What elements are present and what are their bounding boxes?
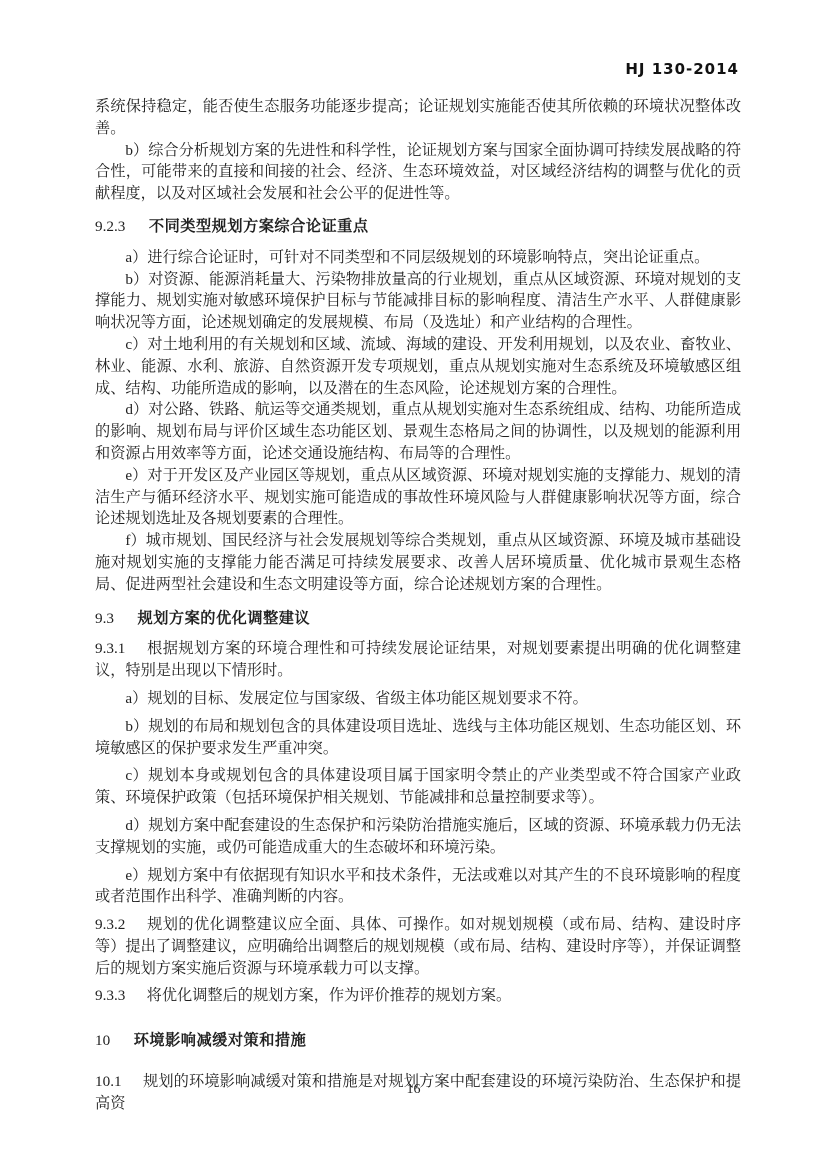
section-number: 10 xyxy=(95,1032,110,1049)
clause-number: 9.3.3 xyxy=(95,987,125,1004)
clause-9-3-3: 9.3.3将优化调整后的规划方案，作为评价推荐的规划方案。 xyxy=(95,985,741,1007)
clause-number: 9.3.2 xyxy=(95,916,125,933)
clause-9-3-2: 9.3.2规划的优化调整建议应全面、具体、可操作。如对规划规模（或布局、结构、建… xyxy=(95,914,741,979)
section-heading-9-3: 9.3规划方案的优化调整建议 xyxy=(95,608,741,630)
list-item-a: a）进行综合论证时，可针对不同类型和不同层级规划的环境影响特点，突出论证重点。 xyxy=(95,247,741,269)
clause-number: 9.3.1 xyxy=(95,640,125,657)
clause-9-3-1: 9.3.1根据规划方案的环境合理性和可持续发展论证结果，对规划要素提出明确的优化… xyxy=(95,638,741,682)
body-text: 系统保持稳定，能否使生态服务功能逐步提高；论证规划实施能否使其所依赖的环境状况整… xyxy=(95,96,741,1115)
list-item-b: b）规划的布局和规划包含的具体建设项目选址、选线与主体功能区规划、生态功能区划、… xyxy=(95,716,741,760)
clause-text: 将优化调整后的规划方案，作为评价推荐的规划方案。 xyxy=(147,987,512,1004)
paragraph-continuation: 系统保持稳定，能否使生态服务功能逐步提高；论证规划实施能否使其所依赖的环境状况整… xyxy=(95,96,741,140)
list-item-d: d）对公路、铁路、航运等交通类规划，重点从规划实施对生态系统组成、结构、功能所造… xyxy=(95,399,741,464)
section-title: 不同类型规划方案综合论证重点 xyxy=(149,217,369,235)
section-heading-9-2-3: 9.2.3不同类型规划方案综合论证重点 xyxy=(95,216,741,238)
list-item-d: d）规划方案中配套建设的生态保护和污染防治措施实施后，区域的资源、环境承载力仍无… xyxy=(95,815,741,859)
document-page: HJ 130-2014 系统保持稳定，能否使生态服务功能逐步提高；论证规划实施能… xyxy=(0,0,827,1169)
clause-text: 根据规划方案的环境合理性和可持续发展论证结果，对规划要素提出明确的优化调整建议，… xyxy=(95,640,741,679)
standard-number: HJ 130-2014 xyxy=(625,60,739,78)
list-item-c: c）规划本身或规划包含的具体建设项目属于国家明令禁止的产业类型或不符合国家产业政… xyxy=(95,765,741,809)
list-item-f: f）城市规划、国民经济与社会发展规划等综合类规划，重点从区域资源、环境及城市基础… xyxy=(95,530,741,595)
section-title: 规划方案的优化调整建议 xyxy=(138,609,311,627)
section-title: 环境影响减缓对策和措施 xyxy=(134,1031,307,1049)
list-item-c: c）对土地利用的有关规划和区域、流域、海域的建设、开发利用规划，以及农业、畜牧业… xyxy=(95,334,741,399)
list-item-e: e）规划方案中有依据现有知识水平和技术条件，无法或难以对其产生的不良环境影响的程… xyxy=(95,865,741,909)
list-item-b: b）对资源、能源消耗量大、污染物排放量高的行业规划，重点从区域资源、环境对规划的… xyxy=(95,269,741,334)
clause-text: 规划的优化调整建议应全面、具体、可操作。如对规划规模（或布局、结构、建设时序等）… xyxy=(95,916,741,977)
list-item-b: b）综合分析规划方案的先进性和科学性，论证规划方案与国家全面协调可持续发展战略的… xyxy=(95,140,741,205)
list-item-a: a）规划的目标、发展定位与国家级、省级主体功能区规划要求不符。 xyxy=(95,688,741,710)
section-number: 9.3 xyxy=(95,610,114,627)
section-number: 9.2.3 xyxy=(95,218,125,235)
page-number: 16 xyxy=(0,1082,827,1098)
list-item-e: e）对于开发区及产业园区等规划，重点从区域资源、环境对规划实施的支撑能力、规划的… xyxy=(95,465,741,530)
section-heading-10: 10环境影响减缓对策和措施 xyxy=(95,1030,741,1052)
